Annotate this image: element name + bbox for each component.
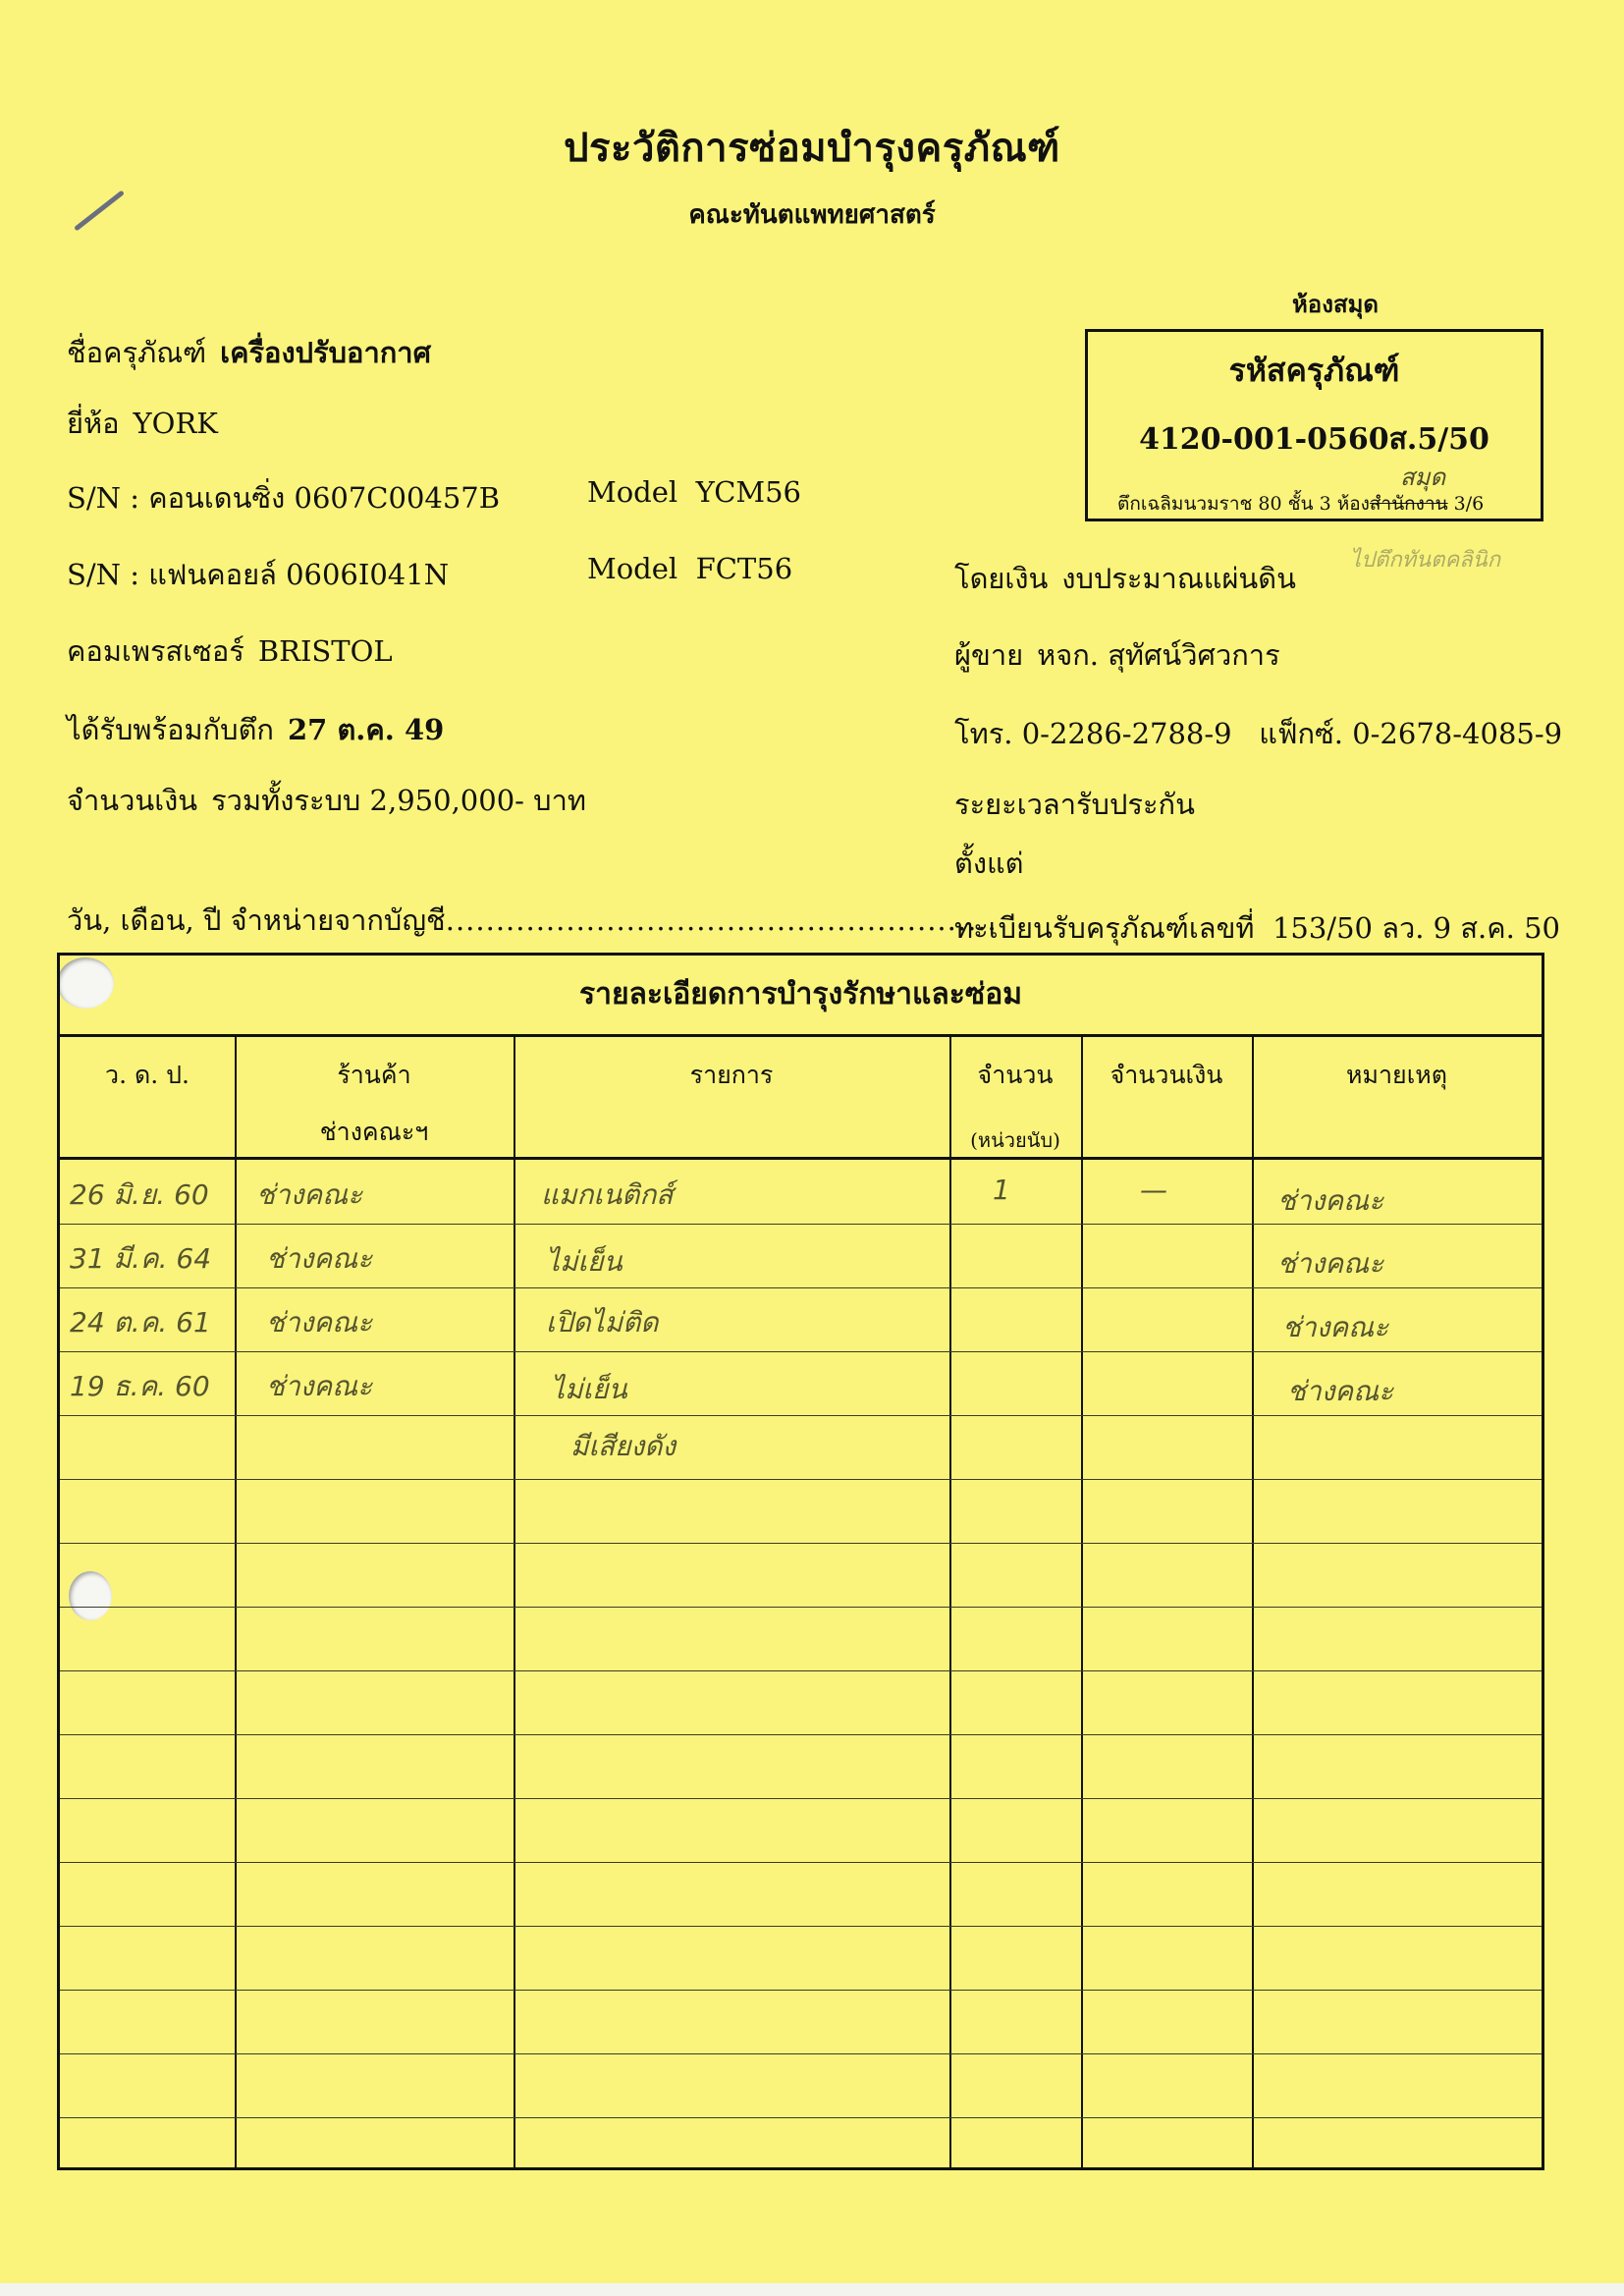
contact: โทร. 0-2286-2788-9 แฟ็กซ์. 0-2678-4085-9 — [954, 711, 1562, 756]
col-divider — [949, 1034, 951, 2167]
equipment-code-box: รหัสครุภัณฑ์ 4120-001-0560ส.5/50 สมุด ตึ… — [1085, 329, 1543, 521]
warranty-label: ระยะเวลารับประกัน — [954, 782, 1195, 827]
writeoff-date: วัน, เดือน, ปี จำหน่ายจากบัญชี..........… — [67, 898, 998, 943]
cell-date: 19 ธ.ค. 60 — [70, 1365, 210, 1408]
header-divider — [60, 1157, 1542, 1160]
registry-value: 153/50 ลว. 9 ส.ค. 50 — [1272, 911, 1560, 945]
row-line — [60, 1415, 1542, 1416]
amount: จำนวนเงินรวมทั้งระบบ 2,950,000- บาท — [67, 778, 586, 823]
location-prefix: ตึกเฉลิมนวมราช 80 ชั้น 3 ห้อง — [1117, 493, 1370, 515]
fax-value: 0-2678-4085-9 — [1352, 717, 1562, 750]
cell-date: 26 มิ.ย. 60 — [70, 1174, 209, 1217]
row-line — [60, 2053, 1542, 2054]
col-divider — [514, 1034, 515, 2167]
model-value: FCT56 — [696, 552, 793, 585]
cell-note: ช่างคณะ — [1277, 1242, 1383, 1285]
header-text: ร้านค้า — [235, 1056, 514, 1095]
compressor-value: BRISTOL — [258, 634, 393, 668]
col-header-qty: จำนวน (หน่วยนับ) — [949, 1034, 1081, 1157]
cell-date: 24 ต.ค. 61 — [70, 1301, 211, 1344]
sn-condensing-value: 0607C00457B — [295, 481, 501, 515]
header-text: จำนวน — [949, 1056, 1081, 1095]
col-header-vendor: ร้านค้า ช่างคณะฯ — [235, 1034, 514, 1157]
row-line — [60, 1926, 1542, 1927]
writeoff-value: ........................................… — [446, 903, 998, 937]
brand-value: YORK — [134, 407, 218, 440]
cell-note: ช่างคณะ — [1282, 1306, 1388, 1349]
header-text: จำนวนเงิน — [1081, 1056, 1252, 1095]
header-text: ช่างคณะฯ — [235, 1113, 514, 1152]
table-title: รายละเอียดการบำรุงรักษาและซ่อม — [60, 956, 1542, 1037]
row-line — [60, 1351, 1542, 1352]
cell-note: ช่างคณะ — [1287, 1370, 1393, 1413]
row-line — [60, 1224, 1542, 1225]
row-line — [60, 1734, 1542, 1735]
row-line — [60, 1607, 1542, 1608]
cell-vendor: ช่างคณะ — [266, 1301, 372, 1344]
received-date: ได้รับพร้อมกับตึก27 ต.ค. 49 — [67, 707, 444, 752]
amount-label: จำนวนเงิน — [67, 784, 197, 817]
cell-qty: 1 — [993, 1174, 1010, 1206]
col-header-item: รายการ — [514, 1034, 949, 1157]
writeoff-label: วัน, เดือน, ปี จำหน่ายจากบัญชี — [67, 903, 446, 937]
model-label: Model — [587, 475, 677, 509]
header-text: หมายเหตุ — [1252, 1056, 1542, 1095]
model-fancoil: Model FCT56 — [587, 552, 792, 585]
vendor-label: ผู้ขาย — [954, 638, 1023, 672]
registry-label: ทะเบียนรับครุภัณฑ์เลขที่ — [954, 911, 1255, 945]
cell-vendor: ช่างคณะ — [266, 1365, 372, 1408]
compressor-label: คอมเพรสเซอร์ — [67, 634, 244, 668]
row-line — [60, 1670, 1542, 1671]
row-line — [60, 1862, 1542, 1863]
sn-fancoil: S/N : แฟนคอยล์ 0606I041N Model FCT56 — [67, 552, 852, 597]
row-line — [60, 1287, 1542, 1288]
funding-value: งบประมาณแผ่นดิน — [1061, 562, 1296, 595]
fax-label: แฟ็กซ์. — [1259, 717, 1343, 750]
model-condensing: Model YCM56 — [587, 475, 801, 509]
col-divider — [1252, 1034, 1254, 2167]
model-label: Model — [587, 552, 677, 585]
funding: โดยเงินงบประมาณแผ่นดิน — [954, 556, 1296, 601]
registry: ทะเบียนรับครุภัณฑ์เลขที่ 153/50 ลว. 9 ส.… — [954, 905, 1560, 951]
equipment-name-label: ชื่อครุภัณฑ์ — [67, 336, 206, 369]
pencil-note: ไปตึกทันตคลินิก — [1350, 542, 1500, 576]
col-header-date: ว. ด. ป. — [60, 1034, 235, 1157]
cell-item: แมกเนติกส์ — [541, 1174, 673, 1217]
cell-item: เปิดไม่ติด — [546, 1301, 658, 1344]
sn-fancoil-label: S/N : แฟนคอยล์ — [67, 558, 277, 591]
header-text: รายการ — [514, 1056, 949, 1095]
brand-label: ยี่ห้อ — [67, 407, 120, 440]
cell-item: มีเสียงดัง — [570, 1425, 676, 1468]
warranty-from-label: ตั้งแต่ — [954, 841, 1024, 886]
scan-edge — [0, 2283, 1624, 2296]
equipment-brand: ยี่ห้อYORK — [67, 401, 218, 446]
amount-value: รวมทั้งระบบ 2,950,000- บาท — [211, 784, 586, 817]
location: ตึกเฉลิมนวมราช 80 ชั้น 3 ห้องสำนักงาน 3/… — [1117, 489, 1484, 519]
funding-label: โดยเงิน — [954, 562, 1048, 595]
vendor: ผู้ขายหจก. สุทัศน์วิศวการ — [954, 632, 1280, 678]
received-value: 27 ต.ค. 49 — [288, 713, 444, 746]
col-divider — [1081, 1034, 1083, 2167]
cell-item: ไม่เย็น — [551, 1368, 627, 1411]
phone-label: โทร. — [954, 717, 1013, 750]
faculty-subtitle: คณะทันตแพทยศาสตร์ — [0, 194, 1624, 235]
cell-date: 31 มี.ค. 64 — [70, 1237, 211, 1281]
row-line — [60, 1990, 1542, 1991]
header-text: ว. ด. ป. — [60, 1056, 235, 1095]
equipment-name: ชื่อครุภัณฑ์เครื่องปรับอากาศ — [67, 330, 431, 375]
cell-vendor: ช่างคณะ — [256, 1174, 362, 1217]
room-label: ห้องสมุด — [1090, 285, 1581, 323]
received-label: ได้รับพร้อมกับตึก — [67, 713, 274, 746]
col-divider — [235, 1034, 237, 2167]
equipment-name-value: เครื่องปรับอากาศ — [220, 336, 431, 369]
code-title: รหัสครุภัณฑ์ — [1088, 346, 1541, 396]
row-line — [60, 2117, 1542, 2118]
cell-amount: — — [1140, 1174, 1167, 1206]
sn-fancoil-value: 0606I041N — [286, 558, 449, 591]
row-line — [60, 1798, 1542, 1799]
sn-condensing-label: S/N : คอนเดนซิ่ง — [67, 481, 285, 515]
header-text: (หน่วยนับ) — [949, 1124, 1081, 1156]
col-header-note: หมายเหตุ — [1252, 1034, 1542, 1157]
model-value: YCM56 — [696, 475, 801, 509]
row-line — [60, 1543, 1542, 1544]
compressor: คอมเพรสเซอร์BRISTOL — [67, 629, 393, 674]
col-header-amount: จำนวนเงิน — [1081, 1034, 1252, 1157]
page-title: ประวัติการซ่อมบำรุงครุภัณฑ์ — [0, 116, 1624, 179]
row-line — [60, 1479, 1542, 1480]
location-suffix: 3/6 — [1448, 493, 1485, 515]
vendor-value: หจก. สุทัศน์วิศวการ — [1037, 638, 1280, 672]
maintenance-table: รายละเอียดการบำรุงรักษาและซ่อม ว. ด. ป. … — [57, 953, 1544, 2170]
equipment-code: 4120-001-0560ส.5/50 — [1088, 416, 1541, 463]
cell-note: ช่างคณะ — [1277, 1179, 1383, 1223]
cell-vendor: ช่างคณะ — [266, 1237, 372, 1281]
cell-item: ไม่เย็น — [546, 1240, 623, 1284]
phone-value: 0-2286-2788-9 — [1022, 717, 1232, 750]
location-struck: สำนักงาน — [1370, 493, 1448, 515]
sn-condensing: S/N : คอนเดนซิ่ง 0607C00457B Model YCM56 — [67, 475, 852, 520]
